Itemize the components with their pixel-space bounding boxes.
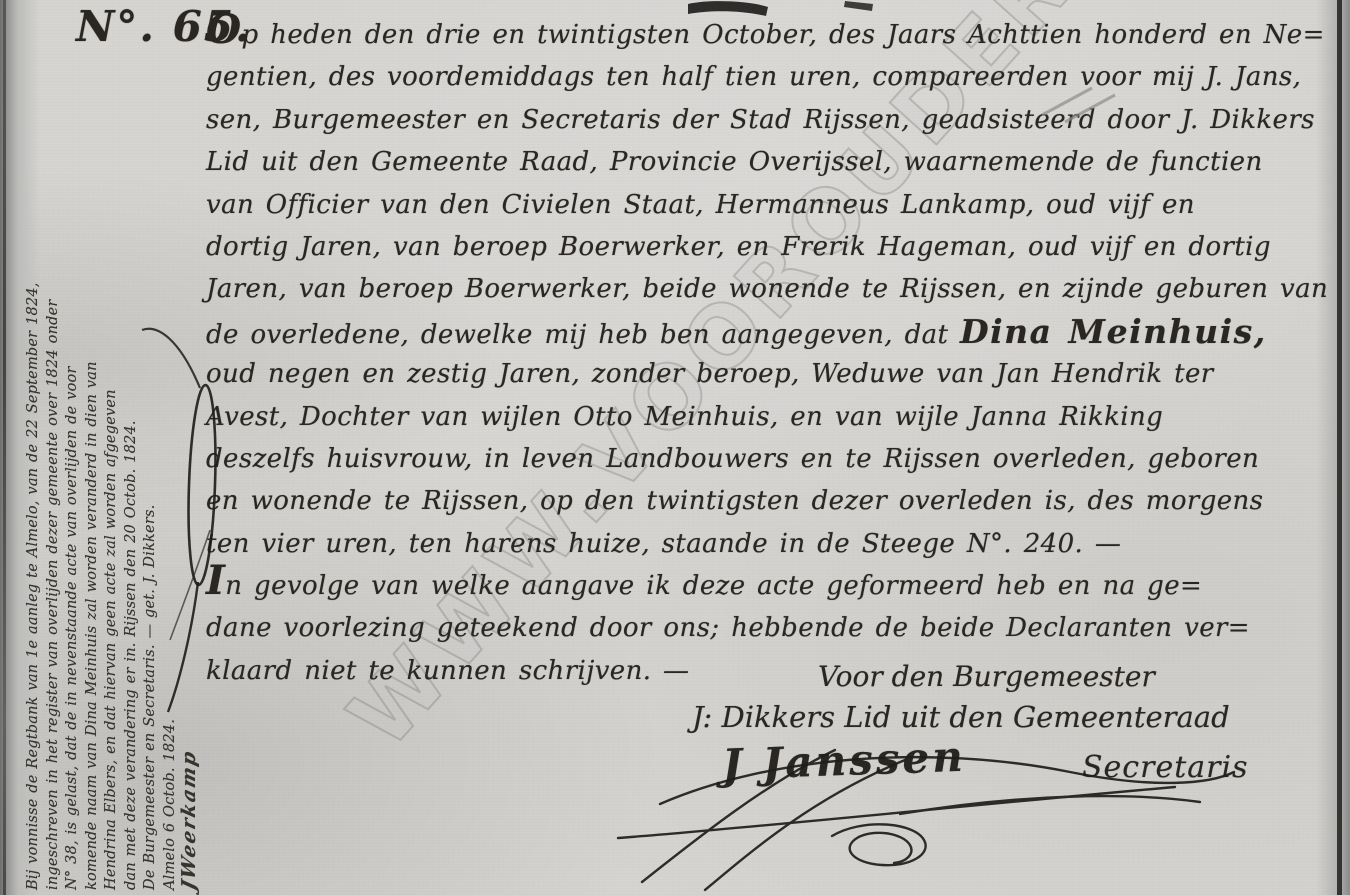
body-line-8-pre: de overledene, dewelke mij heb ben aange… — [206, 320, 960, 350]
body-line-8: de overledene, dewelke mij heb ben aange… — [206, 311, 1346, 353]
margin-line-3: N° 38, is gelast, dat de in nevenstaande… — [63, 44, 83, 890]
body-line-9: oud negen en zestig Jaren, zonder beroep… — [206, 353, 1346, 395]
scanned-death-record-page: WWW.VOOROUDERS.NL N°. 65. Bij vonnisse d… — [0, 0, 1350, 895]
body-line-13: ten vier uren, ten harens huize, staande… — [206, 523, 1346, 565]
body-line-3: sen, Burgemeester en Secretaris der Stad… — [206, 99, 1346, 141]
signature-janssen: J Janssen — [721, 732, 966, 789]
body-line-11: deszelfs huisvrouw, in leven Landbouwers… — [206, 438, 1346, 480]
signature-dikkers: J: Dikkers Lid uit den Gemeenteraad — [692, 700, 1230, 734]
body-line-1: Op heden den drie en twintigsten October… — [206, 14, 1346, 56]
margin-line-1: Bij vonnisse de Regtbank van 1e aanleg t… — [24, 44, 44, 890]
margin-line-5: Hendrina Elbers, en dat hiervan geen act… — [102, 44, 122, 890]
deceased-name: Dina Meinhuis, — [960, 312, 1267, 351]
signature-role: Secretaris — [1082, 750, 1248, 785]
body-line-5: van Officier van den Civielen Staat, Her… — [206, 184, 1346, 226]
body-line-16: klaard niet te kunnen schrijven. — — [206, 650, 1346, 692]
margin-line-4: komende naam van Dina Meinhuis zal worde… — [83, 44, 103, 890]
body-line-6: dortig Jaren, van beroep Boerwerker, en … — [206, 226, 1346, 268]
act-body-text: Op heden den drie en twintigsten October… — [206, 14, 1346, 692]
signature-heading: Voor den Burgemeester — [818, 660, 1155, 693]
margin-line-2: ingeschreven in het register van overlij… — [44, 44, 64, 890]
body-line-4: Lid uit den Gemeente Raad, Provincie Ove… — [206, 141, 1346, 183]
margin-annotation: Bij vonnisse de Regtbank van 1e aanleg t… — [24, 44, 200, 890]
body-line-12: en wonende te Rijssen, op den twintigste… — [206, 480, 1346, 522]
margin-line-7: De Burgemeester en Secretaris. — get. J.… — [141, 44, 161, 890]
body-line-10: Avest, Dochter van wijlen Otto Meinhuis,… — [206, 396, 1346, 438]
body-line-14: In gevolge van welke aangave ik deze act… — [206, 565, 1346, 607]
body-line-15: dane voorlezing geteekend door ons; hebb… — [206, 607, 1346, 649]
margin-line-6: dan met deze verandering er in. Rijssen … — [122, 44, 142, 890]
body-line-2: gentien, des voordemiddags ten half tien… — [206, 56, 1346, 98]
margin-signature: JWeerkamp — [180, 42, 200, 893]
body-line-7: Jaren, van beroep Boerwerker, beide wone… — [206, 268, 1346, 310]
